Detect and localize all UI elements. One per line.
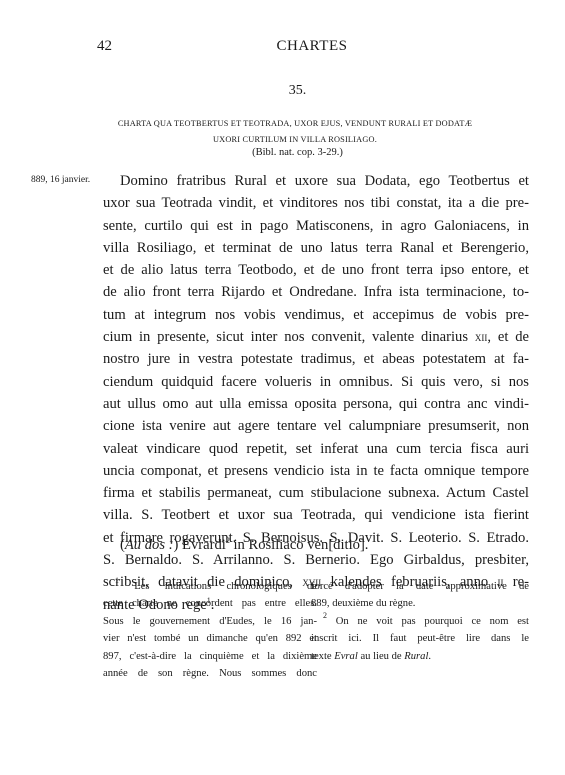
footnote-2-line: inscrit ici. Il faut peut-être lire dans… <box>311 630 529 647</box>
footnote-text: On ne voit pas pourquoi ce nom est <box>327 616 529 627</box>
margin-date: 889, 16 janvier. <box>31 175 90 185</box>
verso-label: Au dos : <box>125 537 174 553</box>
footnotes-right-column: forcé d'adopter la date approximative de… <box>311 578 529 665</box>
footnotes-left-column: 1 Les indications chronologiques de cett… <box>103 578 317 682</box>
verso-note: (Au dos :) Evrardi2 in Rosiliaco ven[dit… <box>120 537 368 554</box>
body-line: villa Rosiliago, et terminat de uno latu… <box>103 237 529 259</box>
body-text-segment: , et de <box>487 329 529 345</box>
footnote-2-line: texte Evral au lieu de Rural. <box>311 648 529 665</box>
charter-source: (Bibl. nat. cop. 3-29.) <box>0 147 565 158</box>
body-line: cium in presente, sicut inter nos conven… <box>103 326 529 348</box>
body-line: villa. S. Teotbert et uxor sua Teotrada,… <box>103 504 529 526</box>
body-line: valeat vindicare quod repetit, set infer… <box>103 438 529 460</box>
footnote-1-line: 889, deuxième du règne. <box>311 595 529 612</box>
footnote-1-line: 897, c'est-à-dire la cinquième et la dix… <box>103 648 317 665</box>
body-line: ciendum quidquid facere volueris in omni… <box>103 371 529 393</box>
verso-rest: in Rosiliaco ven[ditio]. <box>230 537 369 553</box>
footnote-italic: Evral <box>334 651 358 662</box>
footnote-italic: Rural <box>404 651 428 662</box>
body-line: sente, curtilo qui est in pago Matiscone… <box>103 215 529 237</box>
footnote-text: texte <box>311 651 334 662</box>
body-line: tum at integrum nos vobis vendimus, et a… <box>103 304 529 326</box>
body-line: aut ullus omo aut ulla emissa oposita pe… <box>103 393 529 415</box>
body-line: Domino fratribus Rural et uxore sua Doda… <box>103 170 529 192</box>
running-title: CHARTES <box>97 38 527 55</box>
body-line: uxor sua Teotrada vindit, et vinditores … <box>103 192 529 214</box>
body-line: et de alio latus terra Teotbodo, et de u… <box>103 259 529 281</box>
body-line: firma et stabilis permaneat, cum stibula… <box>103 482 529 504</box>
body-line: cione ista venire aut agere tentare vel … <box>103 415 529 437</box>
body-text-segment: cium in presente, sicut inter nos conven… <box>103 329 475 345</box>
footnote-2-line: 2 On ne voit pas pourquoi ce nom est <box>311 613 529 630</box>
charter-title-line: UXORI CURTILUM IN VILLA ROSILIAGO. <box>70 132 520 148</box>
footnote-text: au lieu de <box>358 651 404 662</box>
body-line: nostro jure in vestra potestate tradimus… <box>103 348 529 370</box>
footnote-1-line: année de son règne. Nous sommes donc <box>103 665 317 682</box>
charter-number: 35. <box>0 83 565 99</box>
charter-title: CHARTA QUA TEOTBERTUS ET TEOTRADA, UXOR … <box>70 116 520 148</box>
document-page: 42 CHARTES 35. CHARTA QUA TEOTBERTUS ET … <box>0 0 565 775</box>
charter-title-line: CHARTA QUA TEOTBERTUS ET TEOTRADA, UXOR … <box>70 116 520 132</box>
body-line: de alio front terra Rijardo et Ondredane… <box>103 281 529 303</box>
roman-numeral: XII <box>475 329 488 344</box>
footnote-1-line: Sous le gouvernement d'Eudes, le 16 jan- <box>103 613 317 630</box>
footnote-text: . <box>428 651 431 662</box>
footnote-1-line: cette charte ne concordent pas entre ell… <box>103 595 317 612</box>
verso-name: Evrardi <box>178 537 225 553</box>
body-line: uncia componat, et presens vendicio ista… <box>103 460 529 482</box>
footnote-text: Les indications chronologiques de <box>119 581 317 592</box>
footnote-1-line: vier n'est tombé un dimanche qu'en 892 e… <box>103 630 317 647</box>
running-head: 42 CHARTES <box>97 38 527 58</box>
footnote-1-line: forcé d'adopter la date approximative de <box>311 578 529 595</box>
footnote-1-line: 1 Les indications chronologiques de <box>103 578 317 595</box>
